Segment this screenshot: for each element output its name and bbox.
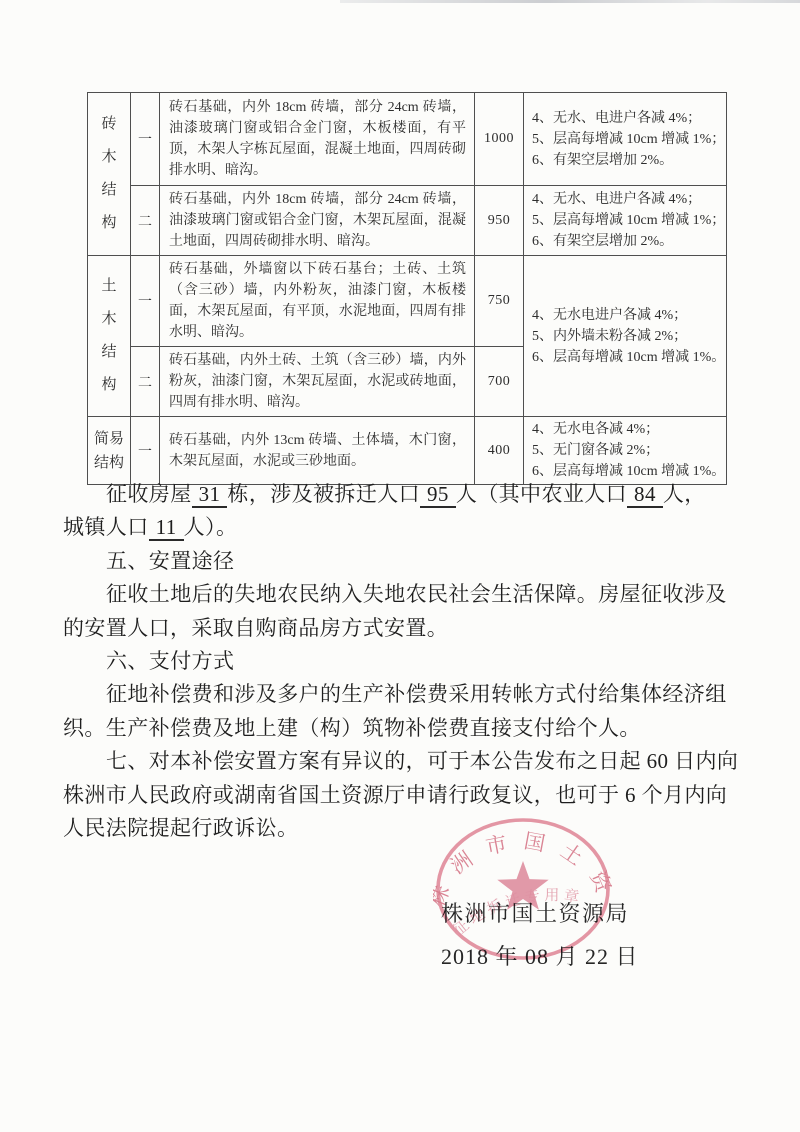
note-line: 6、有架空层增加 2%。	[532, 150, 722, 171]
note-line: 5、无门窗各减 2%；	[532, 440, 722, 461]
standard-value-cell: 400	[475, 417, 524, 485]
note-line: 5、内外墙未粉各减 2%；	[532, 326, 722, 347]
structure-group-cell: 土木结构	[88, 256, 131, 417]
grade-cell: 二	[131, 186, 160, 256]
structure-group-cell: 简易结构	[88, 417, 131, 485]
table-row: 土木结构 一 砖石基础，外墙窗以下砖石基台；土砖、土筑（含三砂）墙，内外粉灰，油…	[88, 256, 727, 347]
houses-count-value: 31	[192, 482, 228, 508]
standard-value-cell: 1000	[475, 93, 524, 186]
intro-text: 人（其中农业人口	[456, 482, 627, 506]
standard-value-cell: 750	[475, 256, 524, 347]
intro-text: 人）。	[184, 515, 238, 539]
section-5-heading: 五、安置途径	[63, 545, 741, 578]
note-line: 4、无水电进户各减 4%；	[532, 305, 722, 326]
note-line: 6、层高每增减 10cm 增减 1%。	[532, 347, 722, 368]
grade-cell: 二	[131, 347, 160, 417]
table-row: 砖木结构 一 砖石基础，内外 18cm 砖墙，部分 24cm 砖墙，油漆玻璃门窗…	[88, 93, 727, 186]
compensation-table-wrap: 砖木结构 一 砖石基础，内外 18cm 砖墙，部分 24cm 砖墙，油漆玻璃门窗…	[87, 92, 727, 485]
note-line: 4、无水电各减 4%；	[532, 419, 722, 440]
adjustment-notes-cell: 4、无水、电进户各减 4%； 5、层高每增减 10cm 增减 1%； 6、有架空…	[524, 93, 727, 186]
document-body: 征收房屋31栋，涉及被拆迁人口95人（其中农业人口84人， 城镇人口11人）。 …	[63, 478, 741, 845]
description-cell: 砖石基础，内外 18cm 砖墙，部分 24cm 砖墙，油漆玻璃门窗或铝合金门窗，…	[160, 186, 475, 256]
agricultural-people-value: 84	[627, 482, 663, 508]
description-cell: 砖石基础，外墙窗以下砖石基台；土砖、土筑（含三砂）墙，内外粉灰，油漆门窗，木板楼…	[160, 256, 475, 347]
grade-cell: 一	[131, 256, 160, 347]
adjustment-notes-cell: 4、无水电进户各减 4%； 5、内外墙未粉各减 2%； 6、层高每增减 10cm…	[524, 256, 727, 417]
document-page: 砖木结构 一 砖石基础，内外 18cm 砖墙，部分 24cm 砖墙，油漆玻璃门窗…	[0, 0, 800, 1132]
description-cell: 砖石基础，内外土砖、土筑（含三砂）墙，内外粉灰，油漆门窗，木架瓦屋面，水泥或砖地…	[160, 347, 475, 417]
section-5-body-line: 征收土地后的失地农民纳入失地农民社会生活保障。房屋征收涉及	[63, 578, 741, 611]
relocated-people-value: 95	[420, 482, 456, 508]
grade-cell: 一	[131, 93, 160, 186]
note-line: 4、无水、电进户各减 4%；	[532, 108, 722, 129]
grade-cell: 一	[131, 417, 160, 485]
table-row: 简易结构 一 砖石基础，内外 13cm 砖墙、土体墙，木门窗，木架瓦屋面，水泥或…	[88, 417, 727, 485]
intro-text: 栋，涉及被拆迁人口	[227, 482, 420, 506]
intro-text: 征收房屋	[106, 482, 192, 506]
section-7-body-line: 人民法院提起行政诉讼。	[63, 812, 741, 845]
section-6-body-line: 织。生产补偿费及地上建（构）筑物补偿费直接支付给个人。	[63, 712, 741, 745]
intro-text: 人，	[663, 482, 706, 506]
agency-signature: 株洲市国土资源局	[441, 897, 629, 928]
section-7-body-line: 七、对本补偿安置方案有异议的，可于本公告发布之日起 60 日内向	[63, 745, 741, 778]
adjustment-notes-cell: 4、无水、电进户各减 4%； 5、层高每增减 10cm 增减 1%； 6、有架空…	[524, 186, 727, 256]
note-line: 4、无水、电进户各减 4%；	[532, 189, 722, 210]
structure-group-label: 砖木结构	[101, 108, 117, 240]
structure-group-label: 土木结构	[101, 270, 117, 402]
compensation-table: 砖木结构 一 砖石基础，内外 18cm 砖墙，部分 24cm 砖墙，油漆玻璃门窗…	[87, 92, 727, 485]
section-6-body-line: 征地补偿费和涉及多户的生产补偿费采用转帐方式付给集体经济组	[63, 678, 741, 711]
urban-people-value: 11	[149, 515, 184, 541]
table-row: 二 砖石基础，内外 18cm 砖墙，部分 24cm 砖墙，油漆玻璃门窗或铝合金门…	[88, 186, 727, 256]
intro-paragraph-line2: 城镇人口11人）。	[63, 511, 741, 544]
description-cell: 砖石基础，内外 13cm 砖墙、土体墙，木门窗，木架瓦屋面，水泥或三砂地面。	[160, 417, 475, 485]
standard-value-cell: 950	[475, 186, 524, 256]
structure-group-label: 简易结构	[92, 427, 126, 475]
note-line: 5、层高每增减 10cm 增减 1%；	[532, 210, 722, 231]
note-line: 5、层高每增减 10cm 增减 1%；	[532, 129, 722, 150]
intro-text: 城镇人口	[63, 515, 149, 539]
section-6-heading: 六、支付方式	[63, 645, 741, 678]
date-line: 2018 年 08 月 22 日	[441, 940, 639, 971]
scan-artifact-line	[340, 0, 800, 3]
section-5-body-line: 的安置人口，采取自购商品房方式安置。	[63, 612, 741, 645]
section-7-body-line: 株洲市人民政府或湖南省国土资源厅申请行政复议，也可于 6 个月内向	[63, 779, 741, 812]
description-cell: 砖石基础，内外 18cm 砖墙，部分 24cm 砖墙，油漆玻璃门窗或铝合金门窗，…	[160, 93, 475, 186]
note-line: 6、有架空层增加 2%。	[532, 231, 722, 252]
adjustment-notes-cell: 4、无水电各减 4%； 5、无门窗各减 2%； 6、层高每增减 10cm 增减 …	[524, 417, 727, 485]
structure-group-cell: 砖木结构	[88, 93, 131, 256]
standard-value-cell: 700	[475, 347, 524, 417]
intro-paragraph-line1: 征收房屋31栋，涉及被拆迁人口95人（其中农业人口84人，	[63, 478, 741, 511]
